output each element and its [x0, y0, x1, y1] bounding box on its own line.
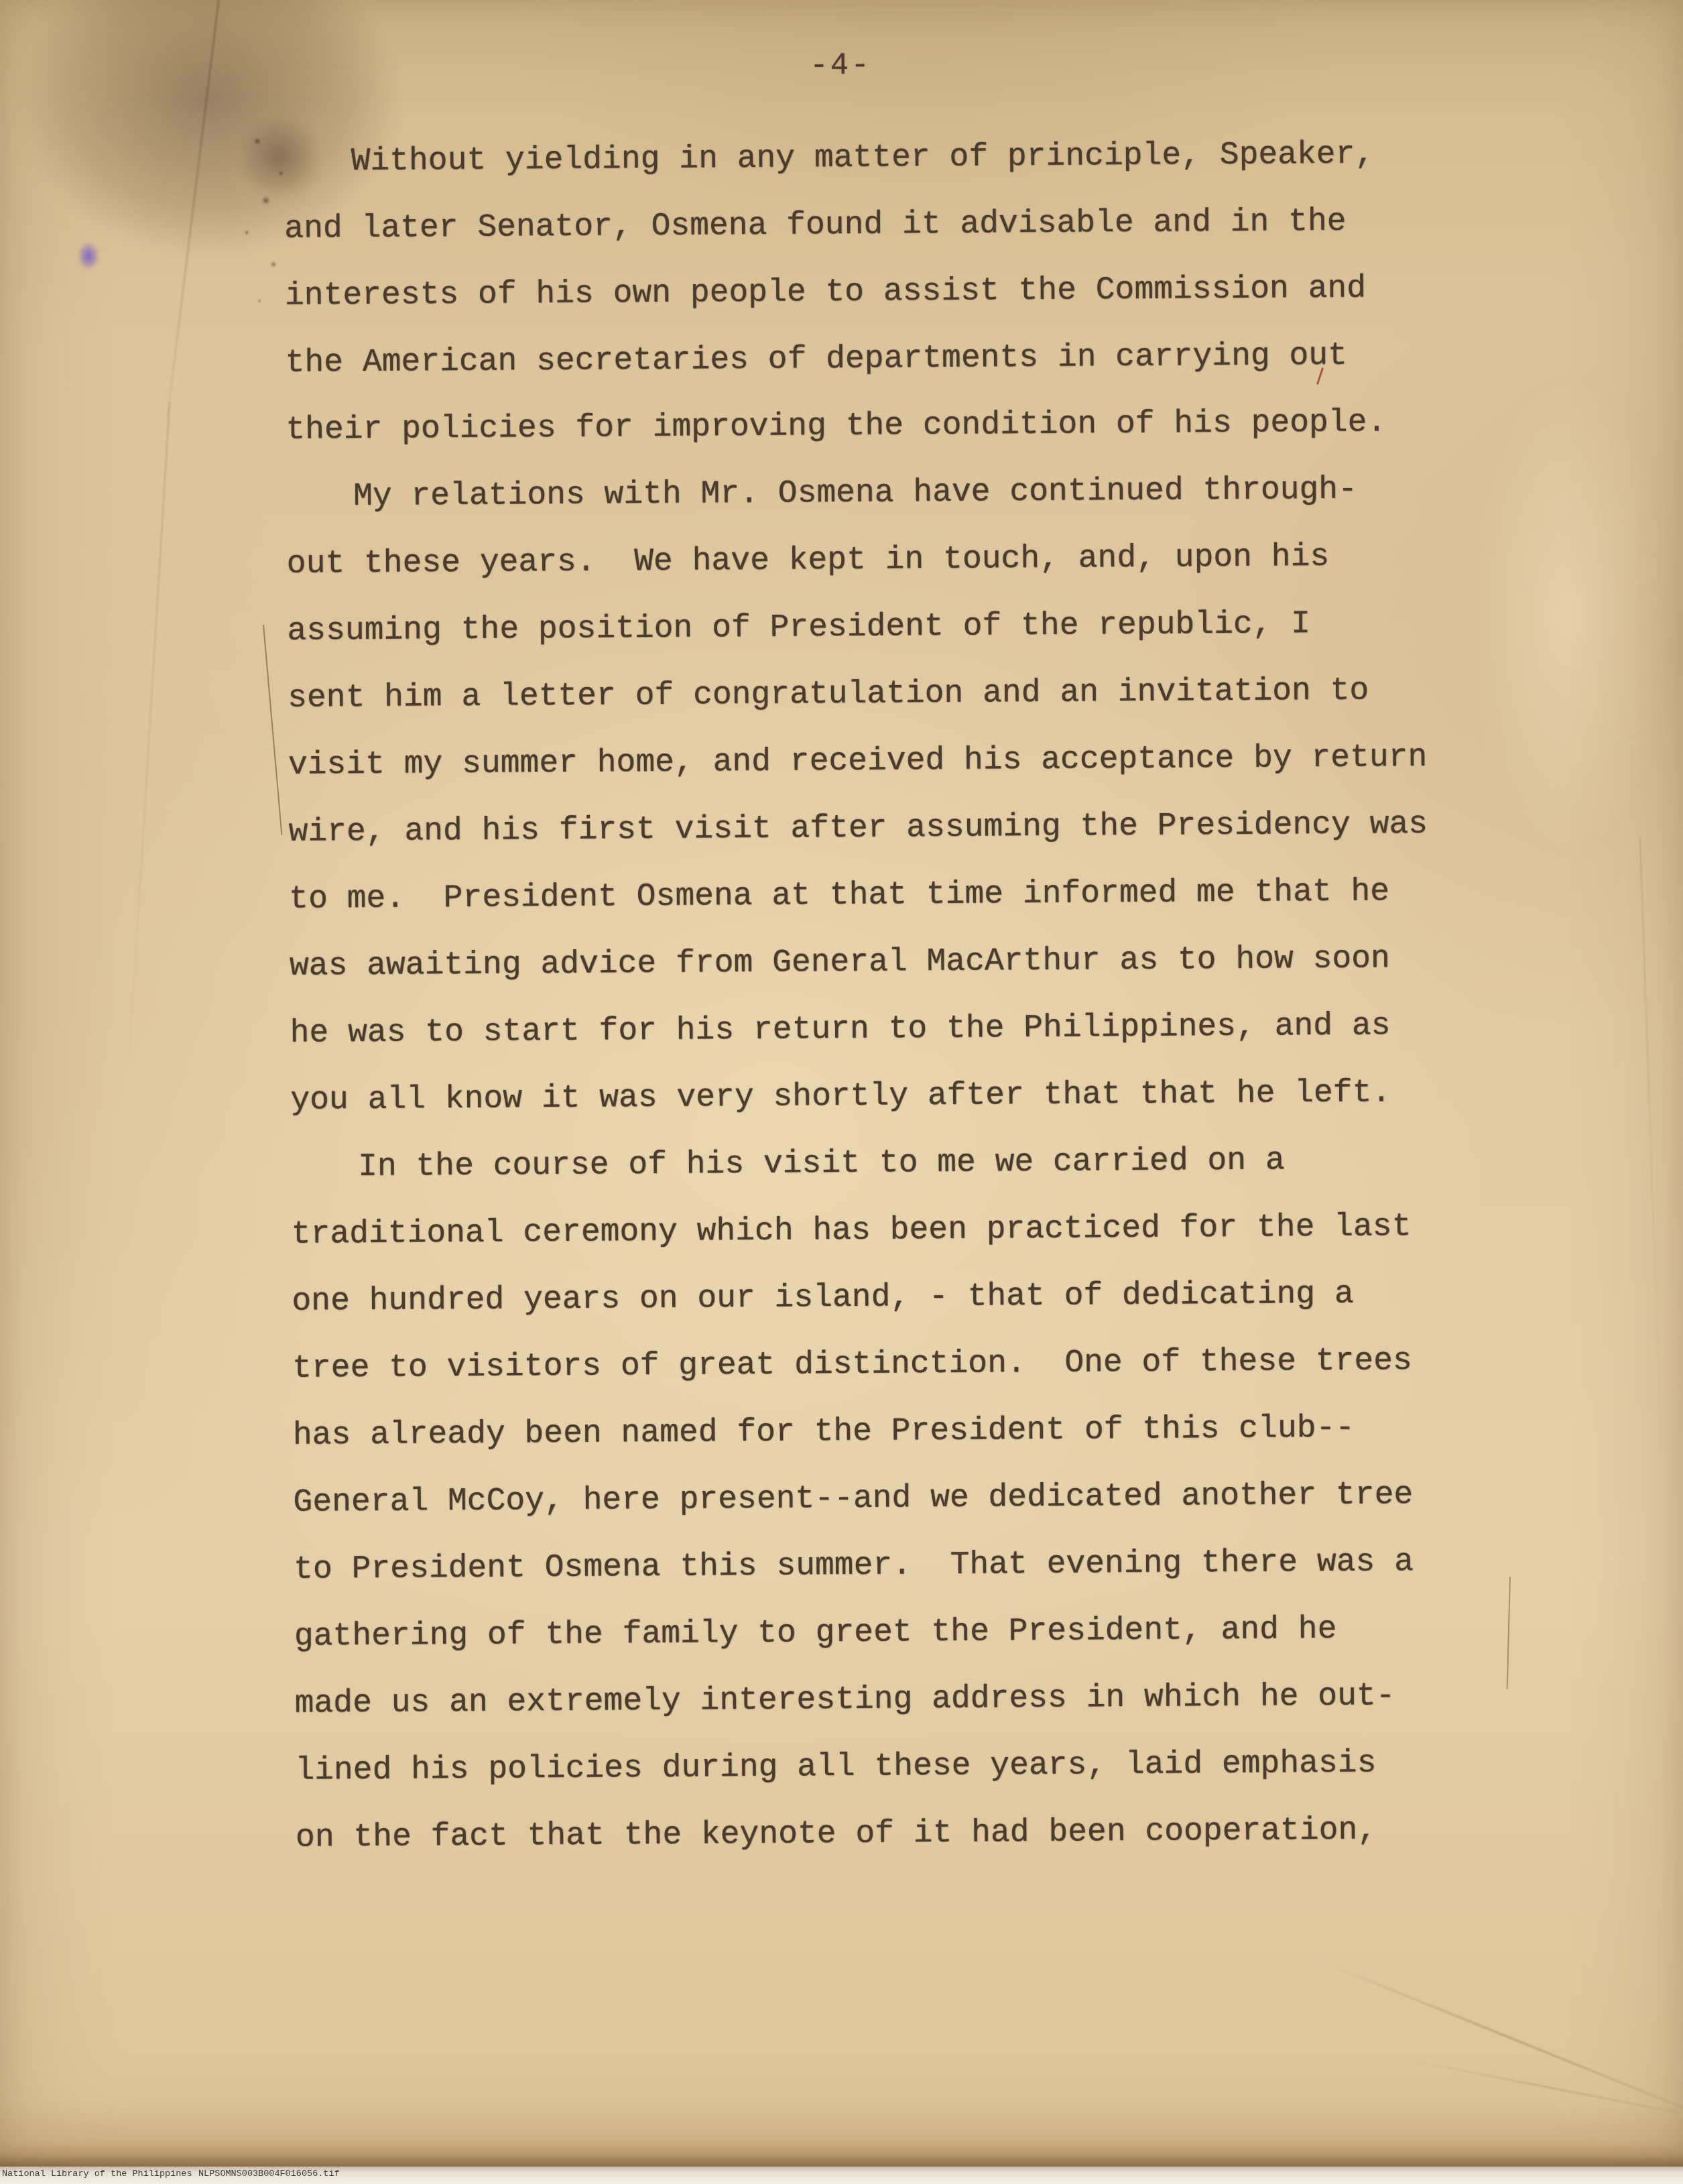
typewritten-line: you all know it was very shortly after t… — [290, 1058, 1484, 1134]
footer-library-label: National Library of the Philippines — [2, 2169, 192, 2179]
scanner-strip: National Library of the Philippines NLPS… — [0, 2167, 1683, 2184]
typewritten-line: lined his policies during all these year… — [295, 1729, 1489, 1804]
typewritten-line: tree to visitors of great distinction. O… — [292, 1327, 1486, 1402]
typewritten-line: to President Osmena this summer. That ev… — [294, 1528, 1487, 1603]
typewritten-line: wire, and his first visit after assuming… — [288, 790, 1482, 865]
typewritten-line: their policies for improving the conditi… — [286, 388, 1479, 463]
paragraph: My relations with Mr. Osmena have contin… — [286, 455, 1484, 1134]
document-body: Without yielding in any matter of princi… — [284, 120, 1489, 1871]
typewritten-line: visit my summer home, and received his a… — [288, 723, 1482, 798]
footer-filename: NLPSOMNS003B004F016056.tif — [198, 2169, 340, 2179]
typewritten-line: made us an extremely interesting address… — [294, 1662, 1488, 1737]
typewritten-line: interests of his own people to assist th… — [285, 254, 1479, 329]
typewritten-line: In the course of his visit to me we carr… — [291, 1126, 1485, 1201]
typewritten-line: My relations with Mr. Osmena have contin… — [286, 455, 1480, 530]
typewritten-line: has already been named for the President… — [292, 1394, 1486, 1469]
paper-sheet: -4- Without yielding in any matter of pr… — [0, 0, 1683, 2167]
typewritten-line: assuming the position of President of th… — [287, 589, 1481, 664]
page-number: -4- — [0, 42, 1682, 89]
typewritten-line: sent him a letter of congratulation and … — [288, 656, 1481, 731]
scanned-document: -4- Without yielding in any matter of pr… — [0, 0, 1683, 2184]
typewritten-line: gathering of the family to greet the Pre… — [294, 1595, 1488, 1670]
paragraph: Without yielding in any matter of princi… — [284, 120, 1479, 463]
typewritten-line: traditional ceremony which has been prac… — [291, 1193, 1485, 1268]
paragraph: In the course of his visit to me we carr… — [291, 1126, 1489, 1871]
typewritten-line: on the fact that the keynote of it had b… — [296, 1796, 1489, 1871]
typewritten-line: out these years. We have kept in touch, … — [286, 522, 1480, 597]
typewritten-line: he was to start for his return to the Ph… — [290, 991, 1483, 1067]
typewritten-line: and later Senator, Osmena found it advis… — [284, 187, 1478, 262]
typewritten-line: to me. President Osmena at that time inf… — [289, 857, 1483, 932]
typewritten-line: Without yielding in any matter of princi… — [284, 120, 1477, 195]
typewritten-content: -4- Without yielding in any matter of pr… — [0, 0, 1683, 2173]
typewritten-line: the American secretaries of departments … — [285, 321, 1479, 396]
typewritten-line: one hundred years on our island, - that … — [292, 1260, 1485, 1335]
typewritten-line: was awaiting advice from General MacArth… — [290, 924, 1483, 999]
typewritten-line: General McCoy, here present--and we dedi… — [293, 1461, 1487, 1536]
